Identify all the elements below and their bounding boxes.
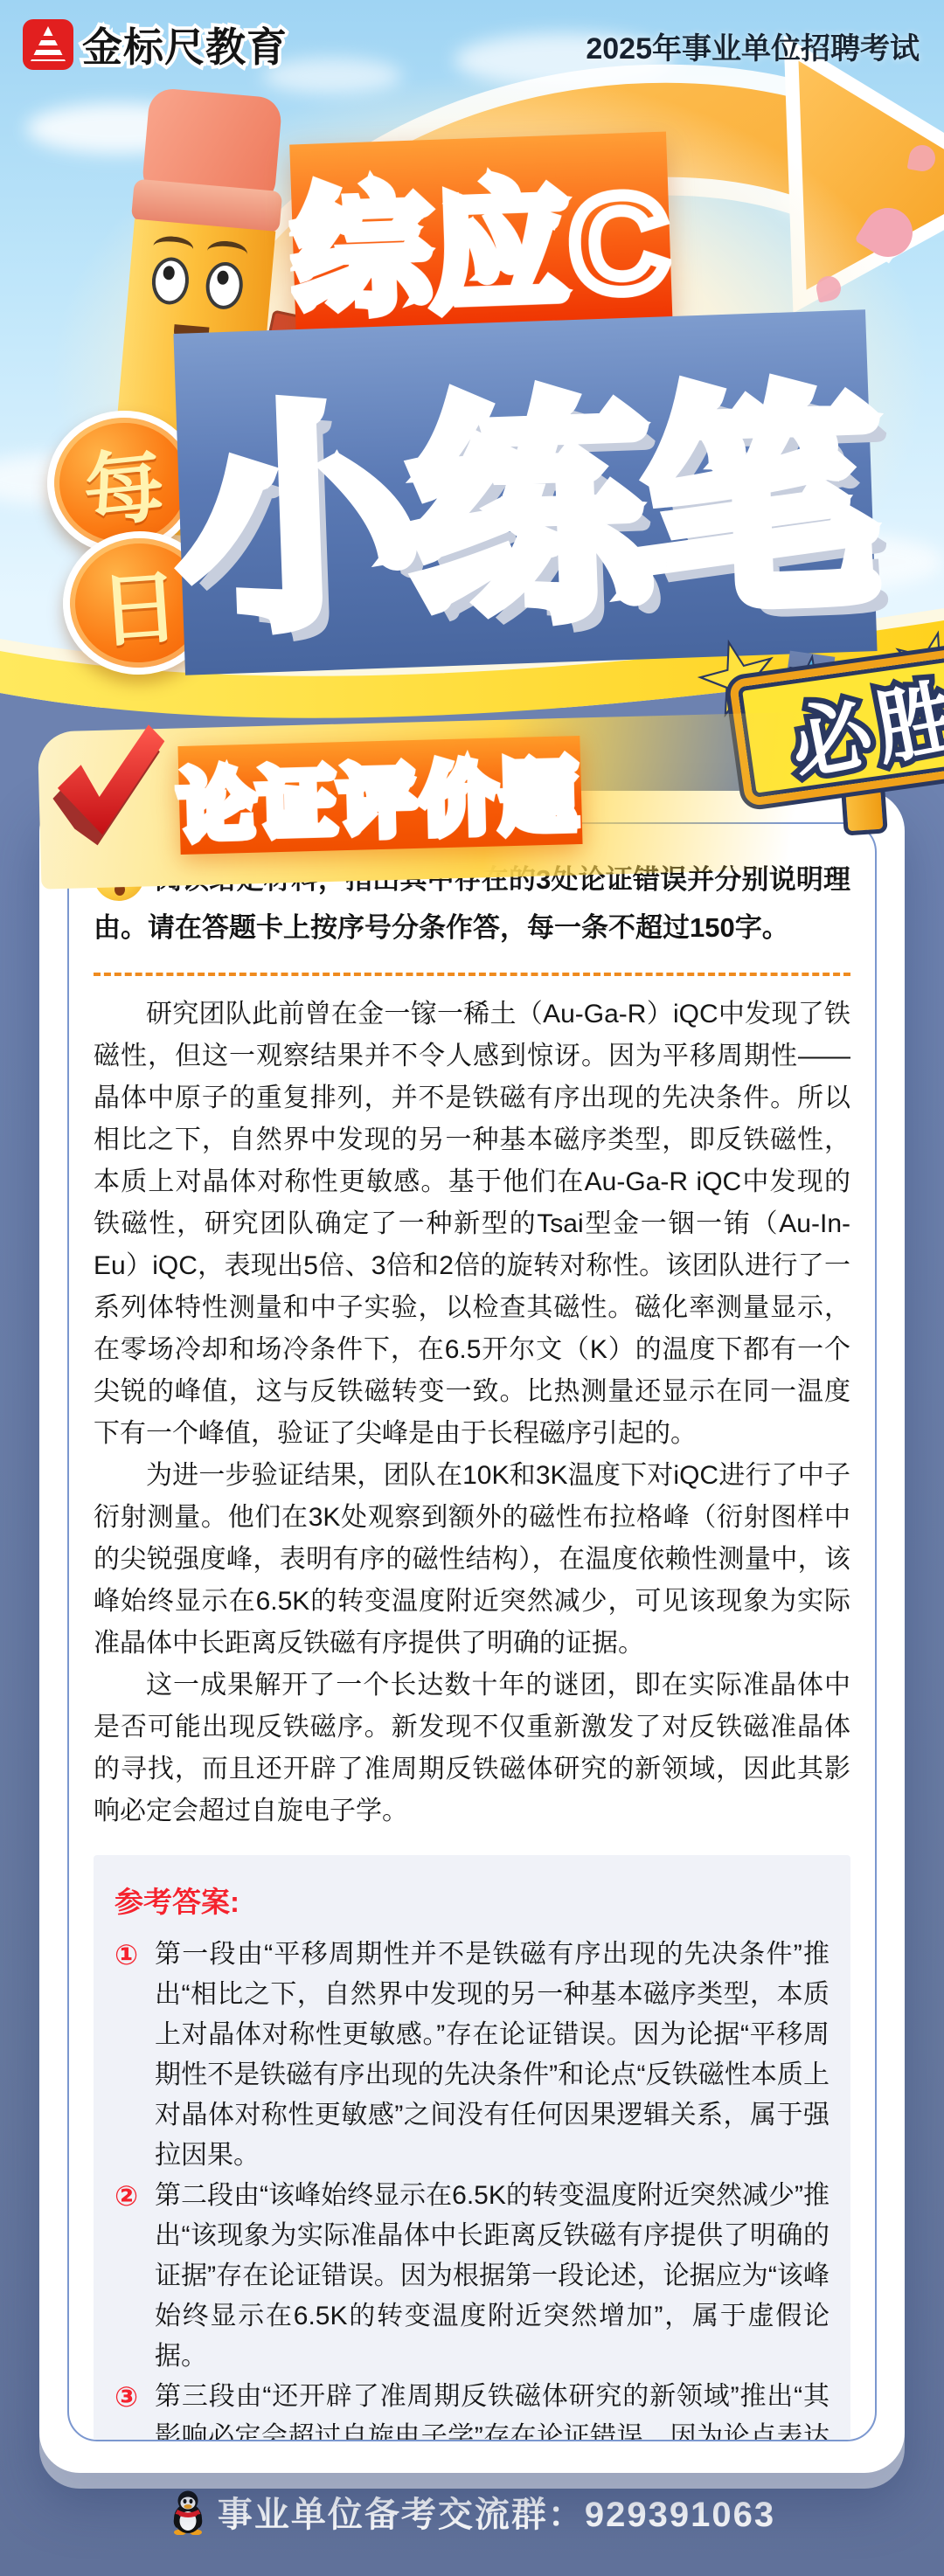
poster: 综应C 每 日 小练笔 必胜 论证评价题 ? 阅读给定	[0, 0, 944, 2576]
footer: 事业单位备考交流群：929391063	[0, 2487, 944, 2537]
qq-group-text: 事业单位备考交流群：929391063	[218, 2487, 775, 2537]
answer-text: 第一段由“平移周期性并不是铁磁有序出现的先决条件”推出“相比之下，自然界中发现的…	[155, 1935, 829, 2176]
brand-name: 金标尺教育	[82, 16, 288, 73]
reference-answers-panel: 参考答案: ① 第一段由“平移周期性并不是铁磁有序出现的先决条件”推出“相比之下…	[94, 1855, 850, 2441]
answer-item: ③ 第三段由“还开辟了准周期反铁磁体研究的新领域”推出“其影响必定会超过自旋电子…	[115, 2377, 829, 2441]
course-title: 综应C	[289, 132, 672, 342]
qq-penguin-icon	[169, 2489, 207, 2535]
answer-item: ② 第二段由“该峰始终显示在6.5K的转变温度附近突然减少”推出“该现象为实际准…	[115, 2176, 829, 2377]
checkmark-icon	[43, 717, 168, 852]
answer-item: ① 第一段由“平移周期性并不是铁磁有序出现的先决条件”推出“相比之下，自然界中发…	[115, 1935, 829, 2176]
top-bar: 金标尺教育 2025年事业单位招聘考试	[0, 0, 944, 87]
material-paragraph: 这一成果解开了一个长达数十年的谜团，即在实际准晶体中是否可能出现反铁磁序。新发现…	[94, 1665, 850, 1832]
material-paragraph: 为进一步验证结果，团队在10K和3K温度下对iQC进行了中子衍射测量。他们在3K…	[94, 1455, 850, 1665]
exam-label: 2025年事业单位招聘考试	[586, 24, 920, 67]
answer-text: 第三段由“还开辟了准周期反铁磁体研究的新领域”推出“其影响必定会超过自旋电子学”…	[155, 2377, 829, 2441]
answer-number: ③	[115, 2377, 155, 2441]
answer-text: 第二段由“该峰始终显示在6.5K的转变温度附近突然减少”推出“该现象为实际准晶体…	[155, 2176, 829, 2377]
section-title: 论证评价题	[177, 736, 582, 855]
answers-label: 参考答案:	[115, 1880, 829, 1921]
main-title: 小练笔	[173, 309, 877, 675]
answer-number: ②	[115, 2176, 155, 2377]
content-card-inner: ? 阅读给定材料，指出其中存在的3处论证错误并分别说明理由。请在答题卡上按序号分…	[67, 822, 877, 2441]
brand-logo: 金标尺教育	[23, 16, 288, 73]
reading-material: 研究团队此前曾在金一镓一稀土（Au-Ga-R）iQC中发现了铁磁性，但这一观察结…	[94, 994, 850, 1832]
dashed-divider	[94, 973, 850, 976]
content-card: ? 阅读给定材料，指出其中存在的3处论证错误并分别说明理由。请在答题卡上按序号分…	[39, 791, 905, 2473]
material-paragraph: 研究团队此前曾在金一镓一稀土（Au-Ga-R）iQC中发现了铁磁性，但这一观察结…	[94, 994, 850, 1455]
answer-number: ①	[115, 1935, 155, 2176]
brand-logo-icon	[23, 19, 73, 70]
